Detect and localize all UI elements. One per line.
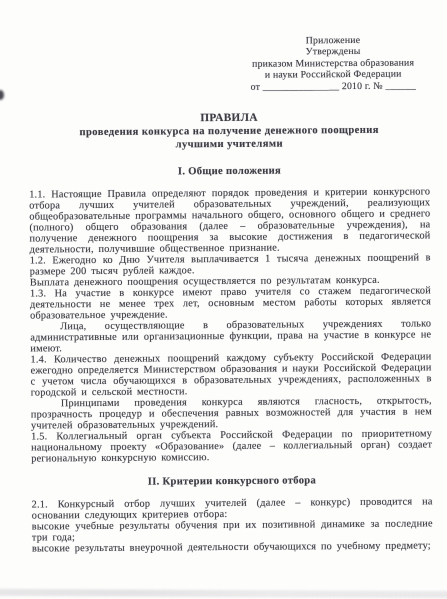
section-general-heading: I. Общие положения: [29, 164, 430, 179]
paragraph-criterion-extracurricular: высокие результаты внеурочной деятельнос…: [32, 540, 433, 554]
paragraph-1-4: 1.4. Количество денежных поощрений каждо…: [30, 351, 431, 398]
approval-date-line: от _______________ 2010 г. № ______: [237, 80, 429, 93]
paragraph-1-3: 1.3. На участие в конкурсе имеют право у…: [30, 285, 431, 321]
approval-block: Приложение Утверждены приказом Министерс…: [237, 34, 429, 93]
document-content: Приложение Утверждены приказом Министерс…: [0, 0, 447, 599]
approval-line: и науки Российской Федерации: [237, 69, 429, 82]
paragraph-criterion-results: высокие учебные результаты обучения при …: [32, 518, 433, 543]
paragraph-1-2: 1.2. Ежегодно ко Дню Учителя выплачивает…: [30, 252, 431, 277]
scanned-document-page: Приложение Утверждены приказом Министерс…: [0, 0, 447, 599]
section-criteria-heading: II. Критерии конкурсного отбора: [31, 474, 432, 489]
paragraph-2-1: 2.1. Конкурсный отбор лучших учителей (д…: [32, 496, 433, 521]
paragraph-1-1: 1.1. Настоящие Правила определяют порядо…: [29, 186, 431, 255]
paragraph-principles: Принципами проведения конкурса являются …: [31, 395, 432, 431]
paragraph-persons: Лица, осуществляющие в образовательных у…: [30, 318, 431, 354]
paragraph-1-5: 1.5. Коллегиальный орган субъекта Россий…: [31, 428, 432, 464]
